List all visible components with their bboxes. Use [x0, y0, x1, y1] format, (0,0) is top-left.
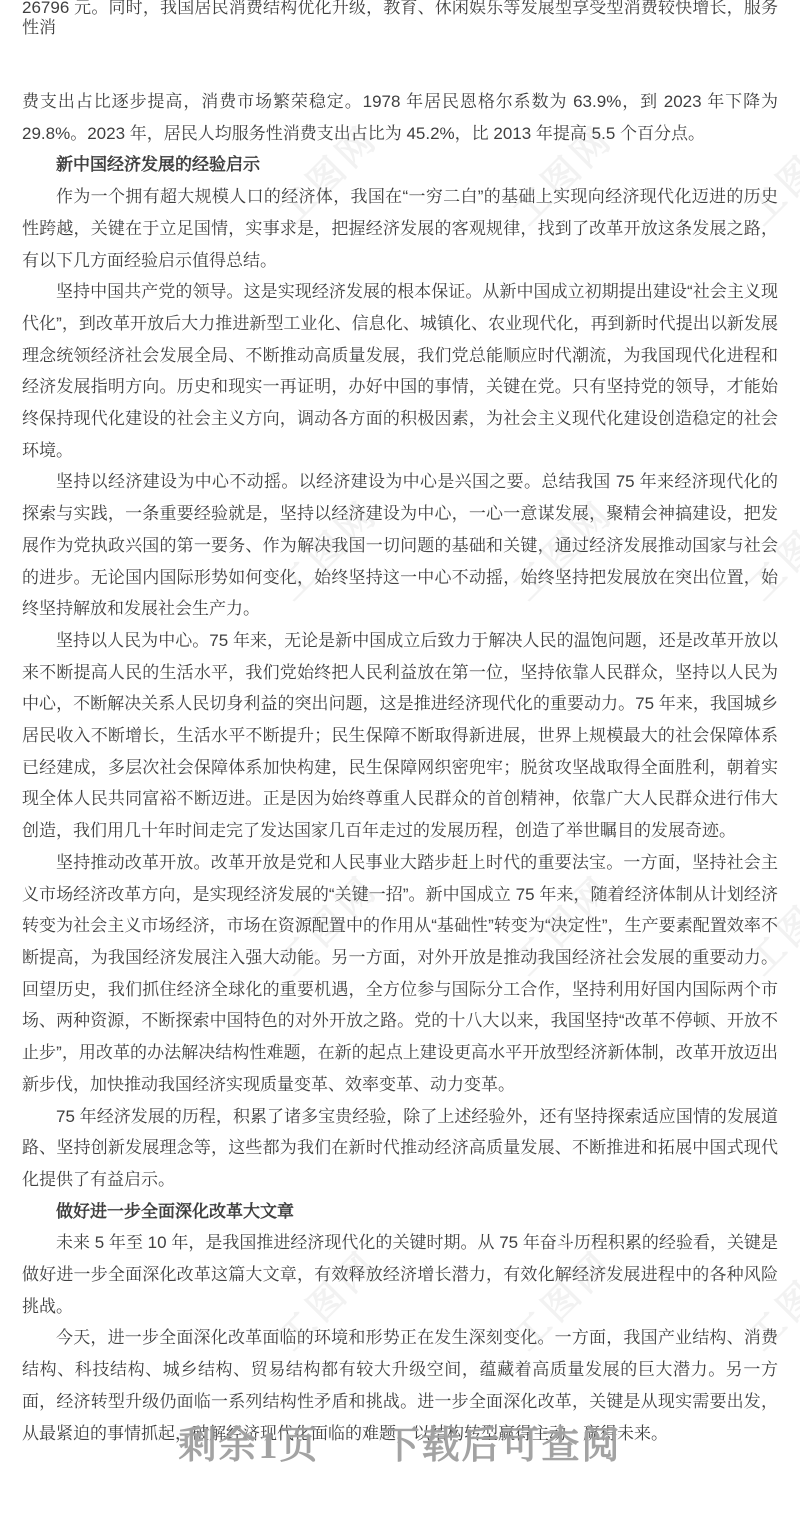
paragraph-people-centered: 坚持以人民为中心。75 年来，无论是新中国成立后致力于解决人民的温饱问题，还是改… [22, 625, 778, 847]
previous-page-overflow-line: 26796 元。同时，我国居民消费结构优化升级，教育、休闲娱乐等发展型享受型消费… [22, 0, 778, 38]
page-body: 费支出占比逐步提高，消费市场繁荣稳定。1978 年居民恩格尔系数为 63.9%，… [22, 86, 778, 1449]
section-heading-deepen-reform: 做好进一步全面深化改革大文章 [22, 1196, 778, 1228]
paragraph-experience-summary: 75 年经济发展的历程，积累了诸多宝贵经验，除了上述经验外，还有坚持探索适应国情… [22, 1101, 778, 1196]
preview-footer: 剩余1页 下载后可查阅 [0, 1414, 800, 1469]
remaining-pages-label: 剩余1页 [178, 1414, 319, 1469]
paragraph-party-leadership: 坚持中国共产党的领导。这是实现经济发展的根本保证。从新中国成立初期提出建设“社会… [22, 276, 778, 466]
document-preview-page: 工图网 工图网 工图网 工图网 工图网 工图网 工图网 工图网 工图网 工图网 … [0, 0, 800, 1518]
section-heading-experience: 新中国经济发展的经验启示 [22, 149, 778, 181]
paragraph-economic-centrality: 坚持以经济建设为中心不动摇。以经济建设为中心是兴国之要。总结我国 75 年来经济… [22, 466, 778, 625]
download-hint-label: 下载后可查阅 [382, 1414, 622, 1469]
paragraph-reform-opening: 坚持推动改革开放。改革开放是党和人民事业大踏步赶上时代的重要法宝。一方面，坚持社… [22, 847, 778, 1101]
paragraph-consumption-stats: 费支出占比逐步提高，消费市场繁荣稳定。1978 年居民恩格尔系数为 63.9%，… [22, 86, 778, 149]
paragraph-future-outlook: 未来 5 年至 10 年，是我国推进经济现代化的关键时期。从 75 年奋斗历程积… [22, 1227, 778, 1322]
paragraph-intro: 作为一个拥有超大规模人口的经济体，我国在“一穷二白”的基础上实现向经济现代化迈进… [22, 181, 778, 276]
